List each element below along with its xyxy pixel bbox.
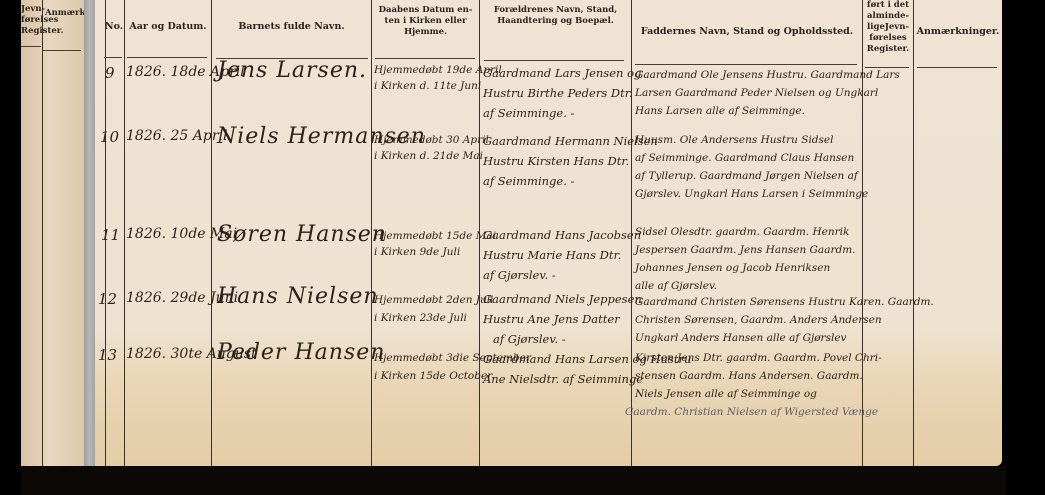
header-rule [635, 64, 857, 65]
child-name: Søren Hansen [217, 222, 387, 247]
godparents-line: af Seimminge. Gaardmand Claus Hansen [635, 150, 854, 168]
header-rule [104, 57, 122, 58]
book-gutter [84, 0, 95, 470]
parents-line: Ane Nielsdtr. af Seimminge [483, 370, 643, 389]
parents-line: af Seimminge. - [483, 172, 574, 191]
header-rule [127, 57, 207, 58]
baptism-line: i Kirken d. 21de Mai [374, 148, 483, 164]
parents-line: af Seimminge. - [483, 104, 574, 123]
godparents-line: Huusm. Ole Andersens Hustru Sidsel [635, 132, 834, 150]
godparents-line: Christen Sørensen, Gaardm. Anders Anders… [635, 312, 882, 330]
parents-line: Gaardmand Hermann Nielsen [483, 132, 658, 151]
godparents-line: Larsen Gaardmand Peder Nielsen og Ungkar… [635, 85, 878, 103]
header-remarks: Anmærkninger. [914, 26, 1002, 38]
child-name: Hans Nielsen [217, 284, 379, 309]
godparents-line: Niels Jensen alle af Seimminge og [635, 386, 817, 404]
godparents-line: Kirsten Jens Dtr. gaardm. Gaardm. Povel … [635, 350, 882, 368]
godparents-line: Gaardmand Christen Sørensens Hustru Kare… [635, 294, 934, 312]
parents-line: af Gjørslev. - [493, 330, 566, 349]
column-rule [42, 0, 43, 485]
left-header-register: Jevn- førelses Register. [21, 4, 42, 37]
godparents-line: Sidsel Olesdtr. gaardm. Gaardm. Henrik [635, 224, 849, 242]
left-page-edge: Jevn- førelses Register. Anmærkni [21, 0, 91, 490]
entry-number: 12 [98, 290, 117, 308]
header-rule [21, 46, 41, 47]
baptism-line: i Kirken d. 11te Juni [374, 78, 481, 94]
baptism-line: Hjemmedøbt 30 April [374, 132, 489, 148]
godparents-line: Johannes Jensen og Jacob Henriksen [635, 260, 830, 278]
baptism-line: Hjemmedøbt 15de Mai [374, 228, 496, 244]
parents-line: Hustru Birthe Peders Dtr. [483, 84, 633, 103]
header-register: ført i det alminde- ligeJevn- førelses R… [863, 0, 913, 55]
entry-number: 10 [100, 128, 119, 146]
child-name: Peder Hansen [217, 340, 385, 365]
book-shadow [21, 466, 1006, 495]
header-godparents: Faddernes Navn, Stand og Opholdssted. [632, 26, 862, 38]
godparents-line: Ungkarl Anders Hansen alle af Gjørslev [635, 330, 846, 348]
baptism-line: i Kirken 9de Juli [374, 244, 460, 260]
parents-line: Hustru Marie Hans Dtr. [483, 246, 621, 265]
column-rule [124, 0, 125, 466]
parents-line: Gaardmand Niels Jeppesen [483, 290, 642, 309]
godparents-line: alle af Gjørslev. [635, 278, 717, 296]
column-rule [913, 0, 914, 466]
godparents-line: Hans Larsen alle af Seimminge. [635, 103, 805, 121]
child-name: Jens Larsen. [217, 58, 367, 83]
godparents-line: Gjørslev. Ungkarl Hans Larsen i Seimming… [635, 186, 868, 204]
header-rule [917, 67, 997, 68]
godparents-line: af Tyllerup. Gaardmand Jørgen Nielsen af [635, 168, 858, 186]
parents-line: af Gjørslev. - [483, 266, 556, 285]
entry-number: 11 [101, 226, 120, 244]
godparents-line-added: Gaardm. Christian Nielsen af Wigersted V… [625, 404, 878, 422]
parents-line: Hustru Kirsten Hans Dtr. [483, 152, 629, 171]
birth-date: 1826. 25 April [126, 128, 228, 144]
entry-number: 13 [98, 346, 117, 364]
header-baptism-date: Daabens Datum en- ten i Kirken eller Hje… [372, 5, 479, 38]
parents-line: Gaardmand Lars Jensen og [483, 64, 641, 83]
parents-line: Hustru Ane Jens Datter [483, 310, 620, 329]
header-parents: Forældrenes Navn, Stand, Haandtering og … [480, 5, 631, 27]
header-rule [43, 50, 81, 51]
register-page: No. Aar og Datum. Barnets fulde Navn. Da… [95, 0, 1002, 466]
header-child-name: Barnets fulde Navn. [212, 21, 371, 33]
godparents-line: Jespersen Gaardm. Jens Hansen Gaardm. [635, 242, 856, 260]
entry-number: 9 [105, 64, 115, 82]
header-rule [375, 58, 475, 59]
godparents-line: stensen Gaardm. Hans Andersen. Gaardm. [635, 368, 863, 386]
baptism-line: i Kirken 15de October [374, 368, 492, 384]
baptism-line: Hjemmedøbt 2den Juli [374, 292, 493, 308]
header-rule [484, 60, 624, 61]
header-no: No. [103, 21, 125, 33]
godparents-line: Gaardmand Ole Jensens Hustru. Gaardmand … [635, 67, 900, 85]
header-date: Aar og Datum. [125, 21, 211, 33]
baptism-line: i Kirken 23de Juli [374, 310, 467, 326]
parents-line: Gaardmand Hans Jacobsen [483, 226, 641, 245]
